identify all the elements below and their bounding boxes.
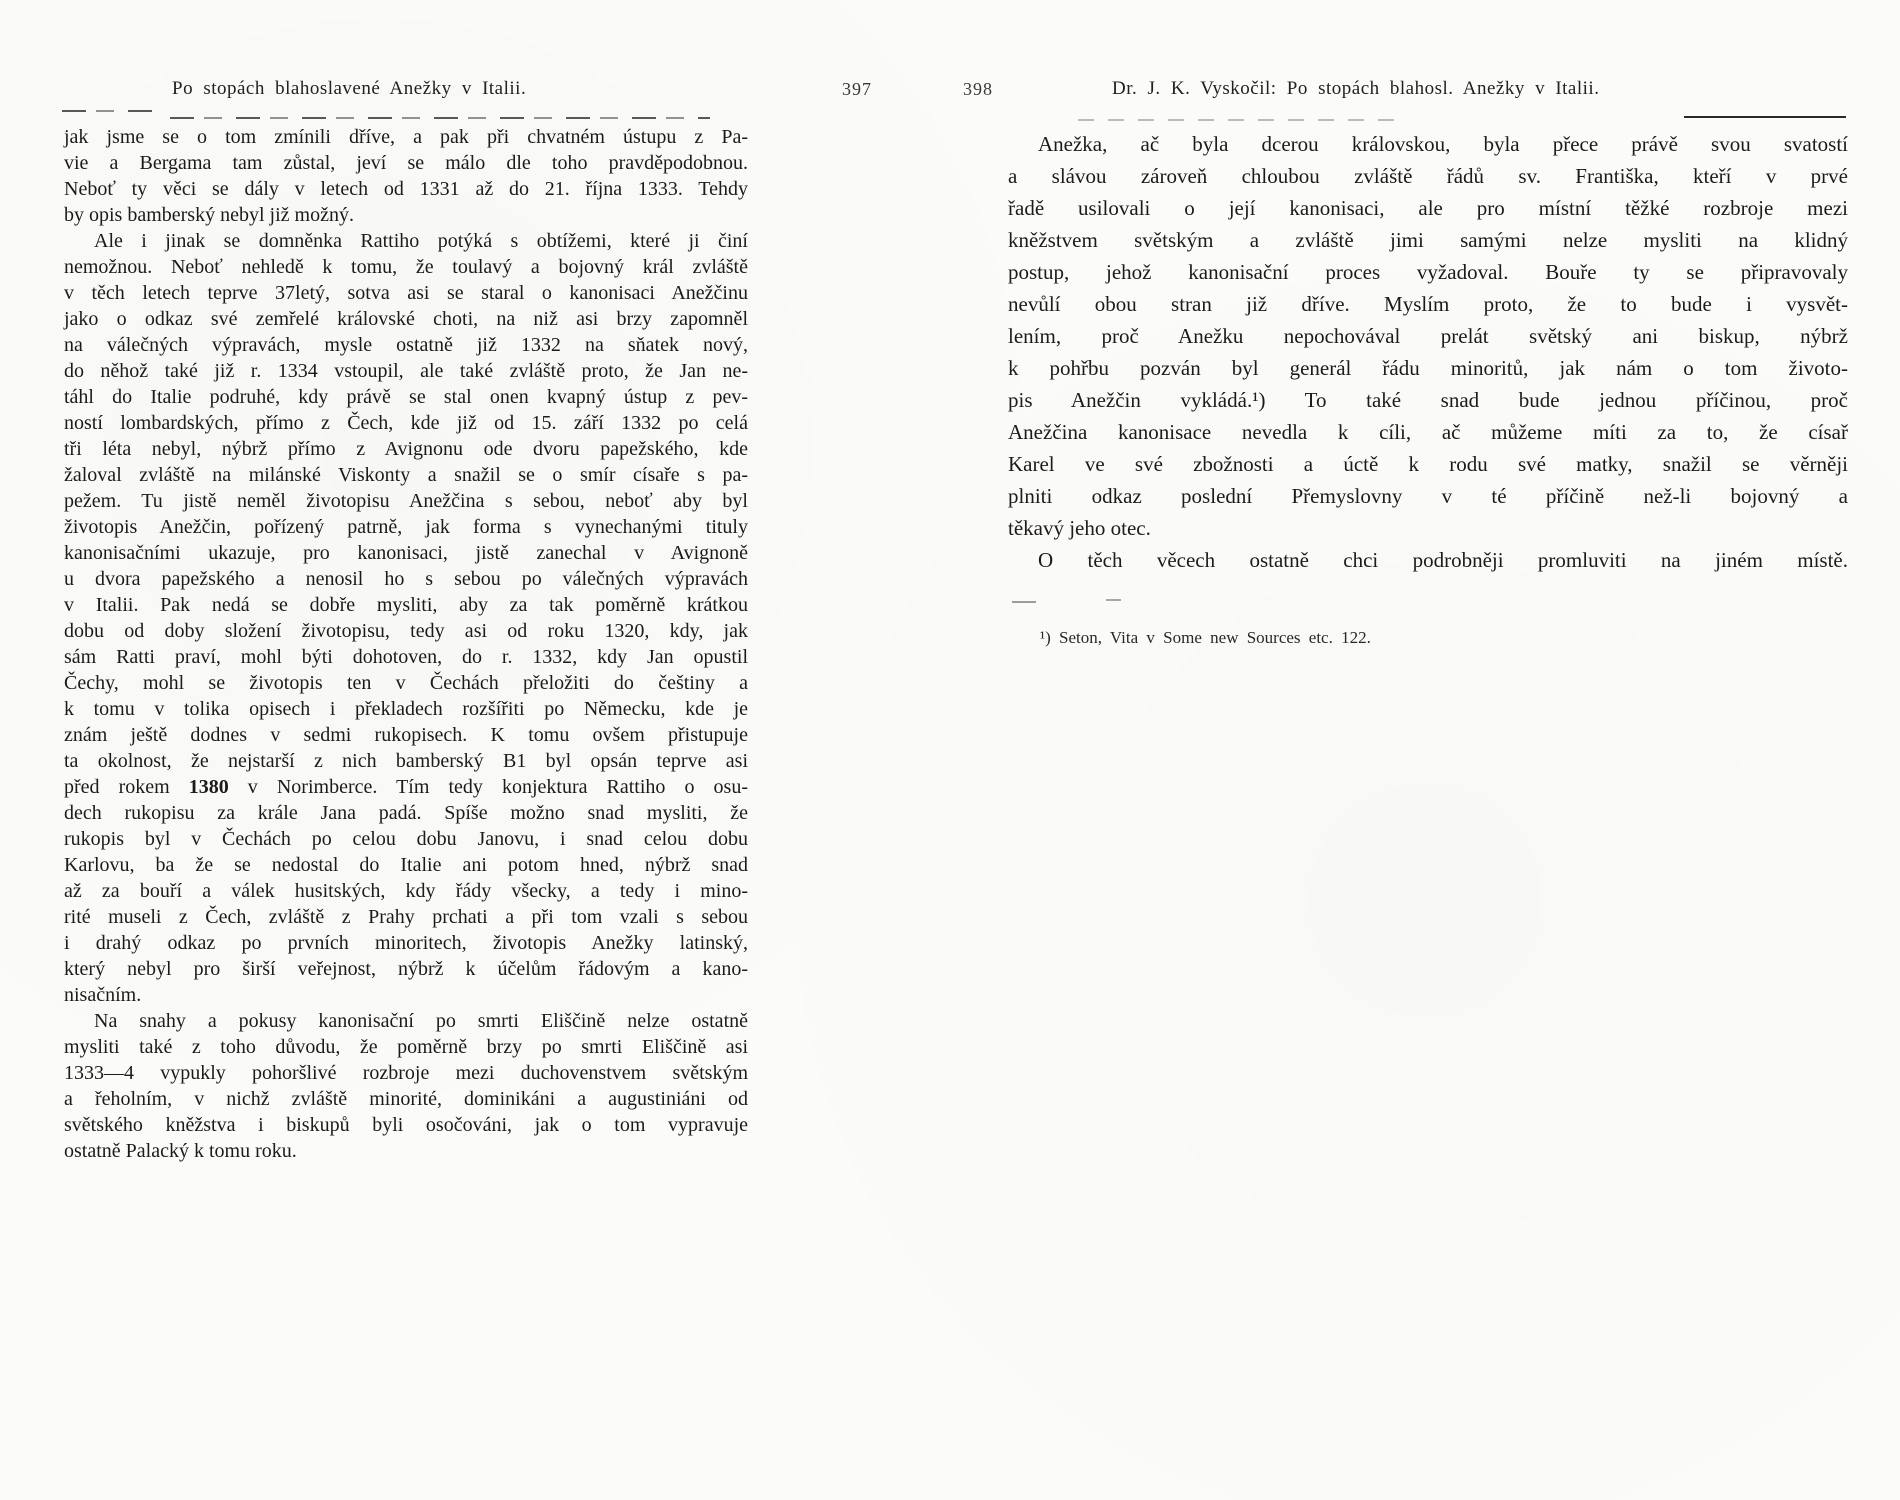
text-line: žaloval zvláště na milánské Viskonty a s… <box>64 462 748 488</box>
footnote-separator-dash-2 <box>1106 599 1121 601</box>
text-line: až za bouří a válek husitských, kdy řády… <box>64 878 748 904</box>
text-line: i drahý odkaz po prvních minoritech, živ… <box>64 930 748 956</box>
text-line: nemožnou. Neboť nehledě k tomu, že toula… <box>64 254 748 280</box>
text-line: lením, proč Anežku nepochovával prelát s… <box>1008 320 1848 352</box>
text-line: do něhož také již r. 1334 vstoupil, ale … <box>64 358 748 384</box>
text-line: před rokem 1380 v Norimberce. Tím tedy k… <box>64 774 748 800</box>
text-line: a řeholním, v nichž zvláště minorité, do… <box>64 1086 748 1112</box>
text-line: jako o odkaz své zemřelé královské choti… <box>64 306 748 332</box>
text-line: jak jsme se o tom zmínili dříve, a pak p… <box>64 124 748 150</box>
text-line: rité museli z Čech, zvláště z Prahy prch… <box>64 904 748 930</box>
text-line: řadě usilovali o její kanonisaci, ale pr… <box>1008 192 1848 224</box>
right-header-faint-rule <box>1078 119 1408 121</box>
text-line: ností lombardských, přímo z Čech, kde ji… <box>64 410 748 436</box>
text-line: Anežka, ač byla dcerou královskou, byla … <box>1008 128 1848 160</box>
text-line: na válečných výpravách, mysle ostatně ji… <box>64 332 748 358</box>
text-line: u dvora papežského a nenosil ho s sebou … <box>64 566 748 592</box>
text-line: který nebyl pro širší veřejnost, nýbrž k… <box>64 956 748 982</box>
text-line: kanonisačními ukazuje, pro kanonisaci, j… <box>64 540 748 566</box>
text-line: by opis bamberský nebyl již možný. <box>64 202 748 228</box>
left-header-stray-dash <box>62 110 160 112</box>
text-line: znám ještě dodnes v sedmi rukopisech. K … <box>64 722 748 748</box>
text-line: Čechy, mohl se životopis ten v Čechách p… <box>64 670 748 696</box>
text-line: rukopis byl v Čechách po celou dobu Jano… <box>64 826 748 852</box>
text-line: mysliti také z toho důvodu, že poměrně b… <box>64 1034 748 1060</box>
text-line: Ale i jinak se domněnka Rattiho potýká s… <box>64 228 748 254</box>
text-line: nisačním. <box>64 982 748 1008</box>
footnote-separator-dash-1 <box>1012 601 1036 603</box>
right-page-number: 398 <box>963 79 993 100</box>
book-spread-scan: Po stopách blahoslavené Anežky v Italii.… <box>0 0 1900 1500</box>
text-line: těkavý jeho otec. <box>1008 512 1848 544</box>
text-line: pis Anežčin vykládá.¹) To také snad bude… <box>1008 384 1848 416</box>
text-line: 1333—4 vypukly pohoršlivé rozbroje mezi … <box>64 1060 748 1086</box>
text-line: ta okolnost, že nejstarší z nich bambers… <box>64 748 748 774</box>
text-line: dobu od doby složení životopisu, tedy as… <box>64 618 748 644</box>
text-line: Karel ve své zbožnosti a úctě k rodu své… <box>1008 448 1848 480</box>
right-header-rule <box>1684 116 1846 118</box>
left-header-rule <box>170 117 710 119</box>
text-line: pežem. Tu jistě neměl životopisu Anežčin… <box>64 488 748 514</box>
text-line: k tomu v tolika opisech i překladech roz… <box>64 696 748 722</box>
text-line: Na snahy a pokusy kanonisační po smrti E… <box>64 1008 748 1034</box>
text-line: táhl do Italie podruhé, kdy právě se sta… <box>64 384 748 410</box>
text-line: Anežčina kanonisace nevedla k cíli, ač m… <box>1008 416 1848 448</box>
left-page-number: 397 <box>842 79 872 100</box>
text-line: k pohřbu pozván byl generál řádu minorit… <box>1008 352 1848 384</box>
text-line: kněžstvem světským a zvláště jimi samými… <box>1008 224 1848 256</box>
text-line: sám Ratti praví, mohl býti dohotoven, do… <box>64 644 748 670</box>
text-line: ostatně Palacký k tomu roku. <box>64 1138 748 1164</box>
text-line: životopis Anežčin, pořízený patrně, jak … <box>64 514 748 540</box>
left-page-text-column: jak jsme se o tom zmínili dříve, a pak p… <box>64 124 748 1164</box>
text-line: plniti odkaz poslední Přemyslovny v té p… <box>1008 480 1848 512</box>
text-line: O těch věcech ostatně chci podrobněji pr… <box>1008 544 1848 576</box>
text-line: Neboť ty věci se dály v letech od 1331 a… <box>64 176 748 202</box>
text-line: a slávou zároveň chloubou zvláště řádů s… <box>1008 160 1848 192</box>
text-line: nevůlí obou stran již dříve. Myslím prot… <box>1008 288 1848 320</box>
text-line: vie a Bergama tam zůstal, jeví se málo d… <box>64 150 748 176</box>
left-running-head: Po stopách blahoslavené Anežky v Italii. <box>172 78 526 100</box>
text-line: postup, jehož kanonisační proces vyžadov… <box>1008 256 1848 288</box>
text-line: tři léta nebyl, nýbrž přímo z Avignonu o… <box>64 436 748 462</box>
text-line: Karlovu, ba že se nedostal do Italie ani… <box>64 852 748 878</box>
text-line: dech rukopisu za krále Jana padá. Spíše … <box>64 800 748 826</box>
text-line: v těch letech teprve 37letý, sotva asi s… <box>64 280 748 306</box>
right-page-text-column: Anežka, ač byla dcerou královskou, byla … <box>1008 128 1848 576</box>
text-line: světského kněžstva i biskupů byli osočov… <box>64 1112 748 1138</box>
text-line: v Italii. Pak nedá se dobře mysliti, aby… <box>64 592 748 618</box>
right-running-head: Dr. J. K. Vyskočil: Po stopách blahosl. … <box>1112 78 1599 100</box>
footnote: ¹) Seton, Vita v Some new Sources etc. 1… <box>1040 628 1371 648</box>
